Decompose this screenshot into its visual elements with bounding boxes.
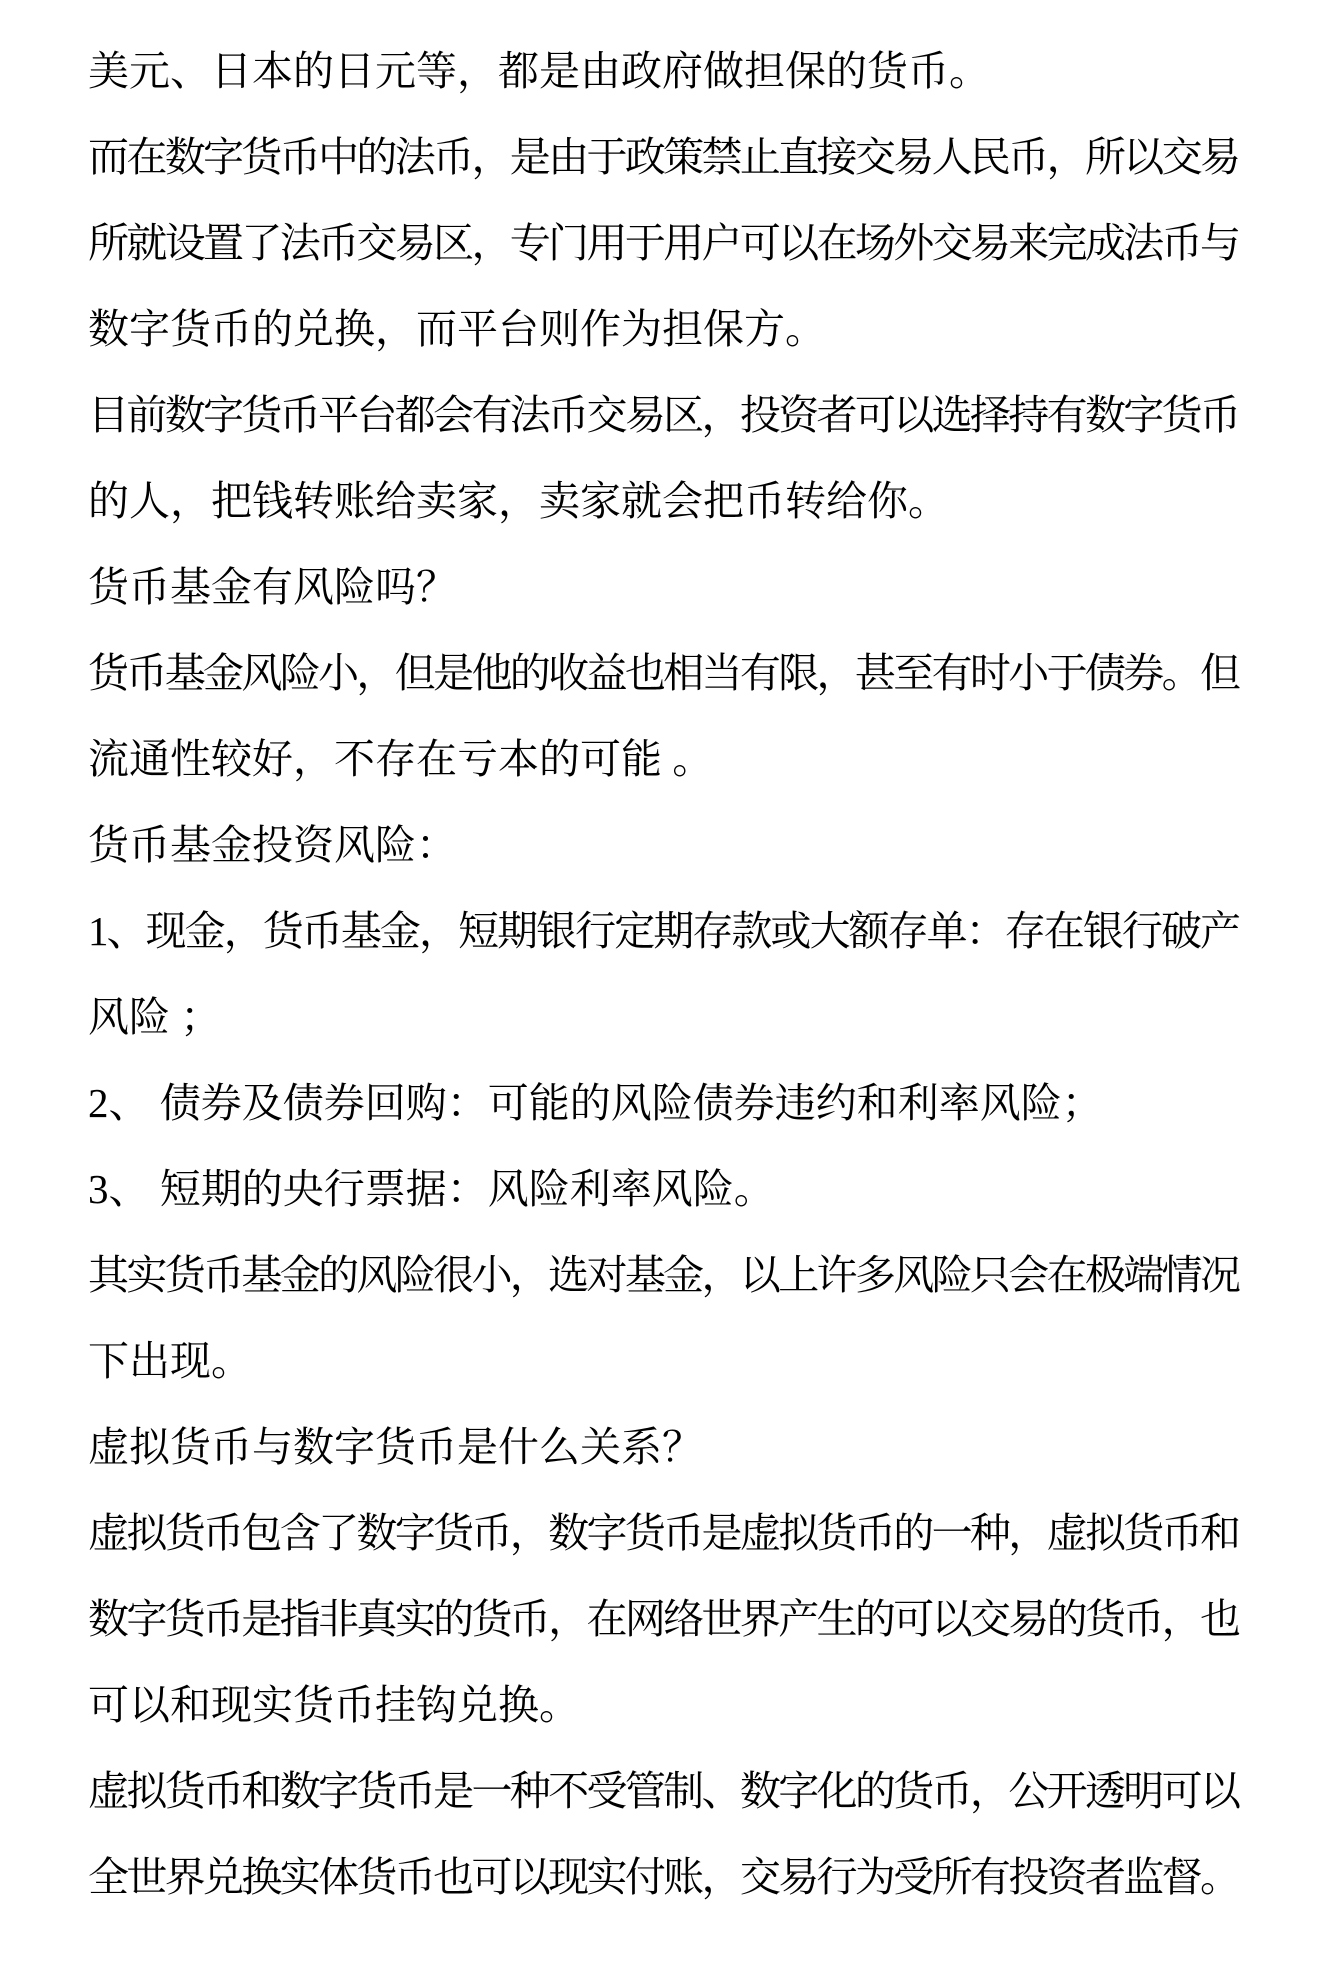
text-line: 虚拟货币与数字货币是什么关系？ (88, 1404, 1237, 1490)
text-line: 所就设置了法币交易区，专门用于用户可以在场外交易来完成法币与 (88, 200, 1237, 286)
text-line: 虚拟货币和数字货币是一种不受管制、数字化的货币，公开透明可以 (88, 1748, 1237, 1834)
text-line: 货币基金有风险吗？ (88, 544, 1237, 630)
text-line: 可以和现实货币挂钩兑换。 (88, 1662, 1237, 1748)
text-line: 的人，把钱转账给卖家，卖家就会把币转给你。 (88, 458, 1237, 544)
text-line: 数字货币是指非真实的货币，在网络世界产生的可以交易的货币，也 (88, 1576, 1237, 1662)
text-line: 3、 短期的央行票据：风险利率风险。 (88, 1146, 1237, 1232)
text-line: 全世界兑换实体货币也可以现实付账，交易行为受所有投资者监督。 (88, 1834, 1237, 1920)
text-line: 1、现金，货币基金，短期银行定期存款或大额存单：存在银行破产 (88, 888, 1237, 974)
text-line: 货币基金风险小，但是他的收益也相当有限，甚至有时小于债券。但 (88, 630, 1237, 716)
text-line: 美元、日本的日元等，都是由政府做担保的货币。 (88, 28, 1237, 114)
text-line: 目前数字货币平台都会有法币交易区，投资者可以选择持有数字货币 (88, 372, 1237, 458)
text-line: 货币基金投资风险： (88, 802, 1237, 888)
text-line: 数字货币的兑换，而平台则作为担保方。 (88, 286, 1237, 372)
text-line: 其实货币基金的风险很小，选对基金，以上许多风险只会在极端情况 (88, 1232, 1237, 1318)
document-page: 美元、日本的日元等，都是由政府做担保的货币。 而在数字货币中的法币，是由于政策禁… (0, 0, 1323, 1973)
text-line: 流通性较好，不存在亏本的可能 。 (88, 716, 1237, 802)
text-line: 风险 ； (88, 974, 1237, 1060)
text-line: 而在数字货币中的法币，是由于政策禁止直接交易人民币，所以交易 (88, 114, 1237, 200)
text-line: 下出现。 (88, 1318, 1237, 1404)
text-line: 2、 债券及债券回购：可能的风险债券违约和利率风险； (88, 1060, 1237, 1146)
text-line: 虚拟货币包含了数字货币，数字货币是虚拟货币的一种，虚拟货币和 (88, 1490, 1237, 1576)
